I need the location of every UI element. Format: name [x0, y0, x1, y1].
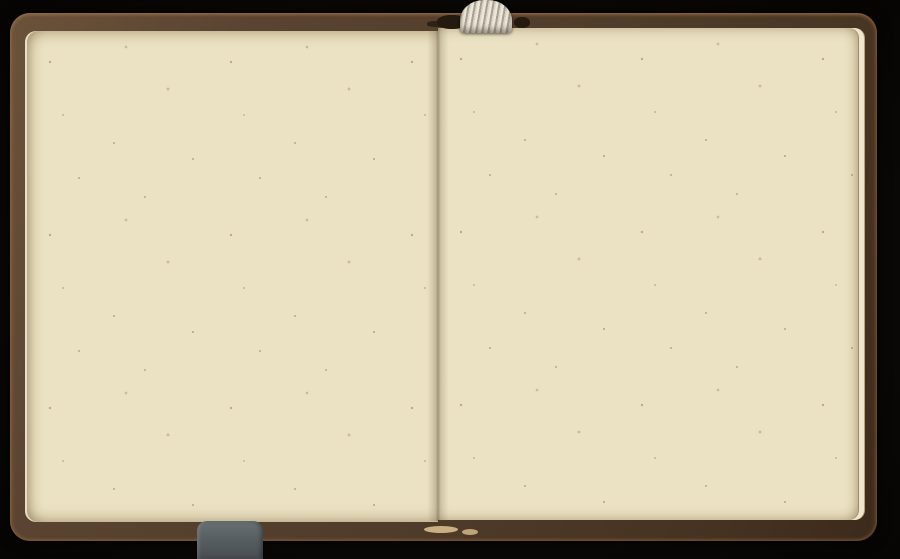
page-holder-tab [197, 521, 263, 559]
cover-wear-mark-2 [462, 529, 478, 535]
bookmark-ribbon [460, 0, 512, 33]
cover-wear-mark-1 [424, 526, 458, 533]
right-page: „Willenskraft Wege schafft.“ Möge stets … [438, 28, 858, 520]
spine-wear-mark-right [514, 17, 530, 28]
left-page [27, 31, 438, 522]
photo-background: „Willenskraft Wege schafft.“ Möge stets … [0, 0, 900, 559]
